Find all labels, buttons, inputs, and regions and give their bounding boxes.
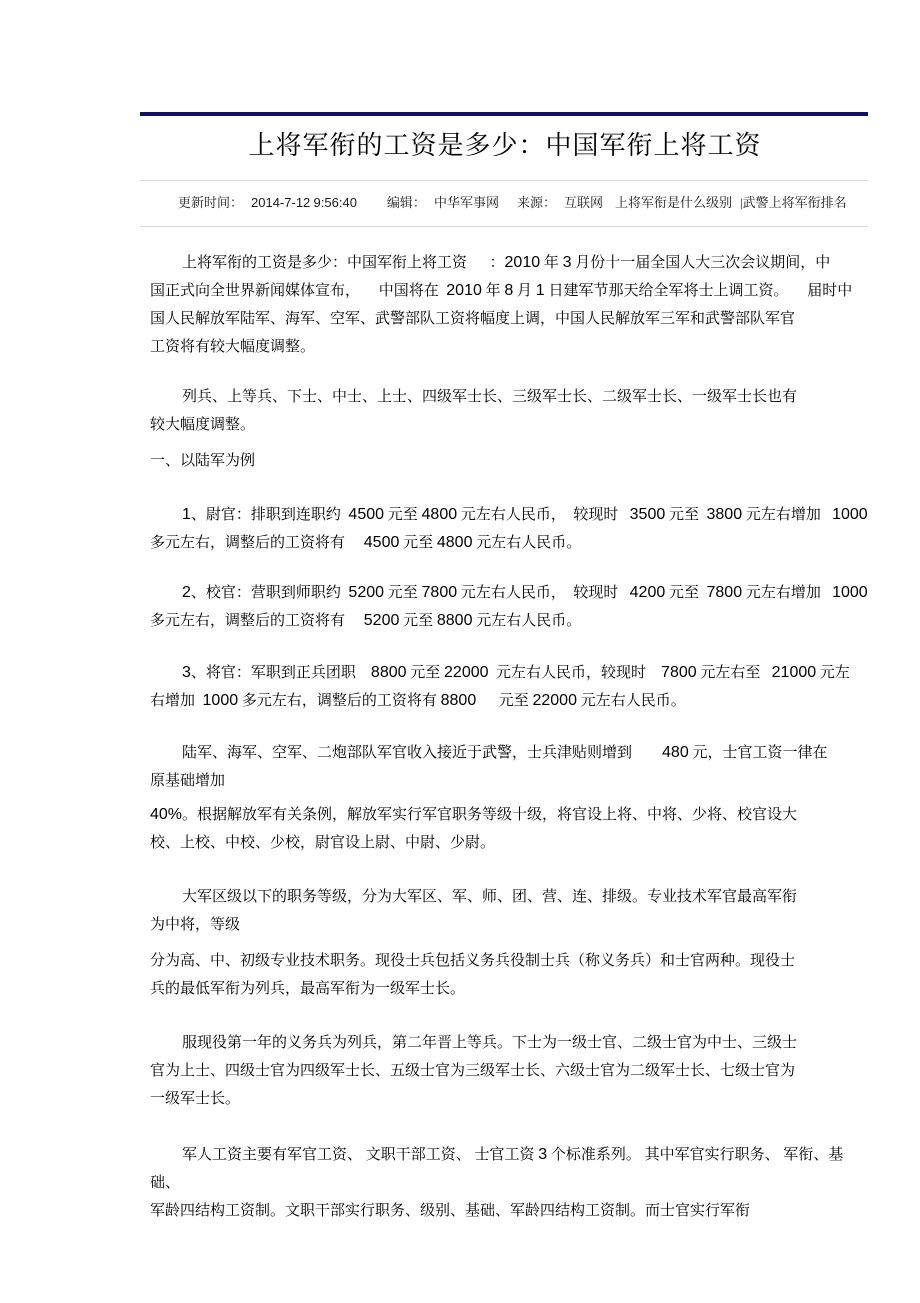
meta-update-label: 更新时间：: [178, 194, 243, 212]
body-line: 国人民解放军陆军、海军、空军、武警部队工资将幅度上调，中国人民解放军三军和武警部…: [150, 305, 868, 333]
body-line: 军人工资主要有军官工资、 文职干部工资、 士官工资 3 个标准系列。 其中军官实…: [150, 1141, 868, 1197]
body-line: 军龄四结构工资制。文职干部实行职务、级别、基础、军龄四结构工资制。而士官实行军衔: [150, 1197, 868, 1225]
paragraph: 1、尉官：排职到连职约 4500 元至 4800 元左右人民币， 较现时 350…: [150, 501, 868, 557]
paragraph: 上将军衔的工资是多少：中国军衔上将工资 ：2010 年 3 月份十一届全国人大三…: [150, 249, 868, 361]
body-line: 右增加 1000 多元左右，调整后的工资将有 8800 元至 22000 元左右…: [150, 687, 868, 715]
body-line: 多元左右，调整后的工资将有 4500 元至 4800 元左右人民币。: [150, 529, 868, 557]
body-line: 2、校官：营职到师职约 5200 元至 7800 元左右人民币， 较现时 420…: [150, 579, 868, 607]
section-heading: 一、以陆军为例: [150, 447, 868, 475]
paragraph: 军人工资主要有军官工资、 文职干部工资、 士官工资 3 个标准系列。 其中军官实…: [150, 1141, 868, 1225]
body-line: 校、上校、中校、少校，尉官设上尉、中尉、少尉。: [150, 829, 868, 857]
article-body: 上将军衔的工资是多少：中国军衔上将工资 ：2010 年 3 月份十一届全国人大三…: [140, 227, 868, 1225]
paragraph: 大军区级以下的职务等级，分为大军区、军、师、团、营、连、排级。专业技术军官最高军…: [150, 883, 868, 939]
body-line: 上将军衔的工资是多少：中国军衔上将工资 ：2010 年 3 月份十一届全国人大三…: [150, 249, 868, 277]
meta-source-value: 互联网: [564, 194, 603, 212]
body-line: 工资将有较大幅度调整。: [150, 333, 868, 361]
paragraph: 2、校官：营职到师职约 5200 元至 7800 元左右人民币， 较现时 420…: [150, 579, 868, 635]
body-line: 3、将官：军职到正兵团职 8800 元至 22000 元左右人民币，较现时 78…: [150, 659, 868, 687]
paragraph: 3、将官：军职到正兵团职 8800 元至 22000 元左右人民币，较现时 78…: [150, 659, 868, 715]
meta-tag-what-level: 上将军衔是什么级别: [615, 194, 732, 212]
body-line: 兵的最低军衔为列兵，最高军衔为一级军士长。: [150, 975, 868, 1003]
body-line: 官为上士、四级士官为四级军士长、五级士官为三级军士长、六级士官为二级军士长、七级…: [150, 1057, 868, 1085]
body-line: 一级军士长。: [150, 1085, 868, 1113]
page: 上将军衔的工资是多少：中国军衔上将工资 更新时间：2014-7-12 9:56:…: [0, 0, 920, 1303]
body-line: 40%。根据解放军有关条例，解放军实行军官职务等级十级，将官设上将、中将、少将、…: [150, 801, 868, 829]
meta-editor-value: 中华军事网: [434, 194, 499, 212]
meta-update-value: 2014-7-12 9:56:40: [251, 194, 357, 212]
top-accent-rule: [140, 112, 868, 116]
document: 上将军衔的工资是多少：中国军衔上将工资 更新时间：2014-7-12 9:56:…: [140, 0, 870, 1225]
meta-editor-label: 编辑：: [387, 194, 426, 212]
body-line: 一、以陆军为例: [150, 447, 868, 475]
body-line: 服现役第一年的义务兵为列兵，第二年晋上等兵。下士为一级士官、二级士官为中士、三级…: [150, 1029, 868, 1057]
body-line: 分为高、中、初级专业技术职务。现役士兵包括义务兵役制士兵（称义务兵）和士官两种。…: [150, 947, 868, 975]
body-line: 1、尉官：排职到连职约 4500 元至 4800 元左右人民币， 较现时 350…: [150, 501, 868, 529]
paragraph: 40%。根据解放军有关条例，解放军实行军官职务等级十级，将官设上将、中将、少将、…: [150, 801, 868, 857]
page-title: 上将军衔的工资是多少：中国军衔上将工资: [140, 129, 870, 163]
meta-source-label: 来源：: [517, 194, 556, 212]
meta-bar: 更新时间：2014-7-12 9:56:40编辑：中华军事网来源：互联网上将军衔…: [140, 181, 870, 212]
body-line: 为中将，等级: [150, 911, 868, 939]
body-line: 原基础增加: [150, 767, 868, 795]
body-line: 多元左右，调整后的工资将有 5200 元至 8800 元左右人民币。: [150, 607, 868, 635]
body-line: 大军区级以下的职务等级，分为大军区、军、师、团、营、连、排级。专业技术军官最高军…: [150, 883, 868, 911]
paragraph: 列兵、上等兵、下士、中士、上士、四级军士长、三级军士长、二级军士长、一级军士长也…: [150, 383, 868, 439]
body-line: 列兵、上等兵、下士、中士、上士、四级军士长、三级军士长、二级军士长、一级军士长也…: [150, 383, 868, 411]
body-line: 较大幅度调整。: [150, 411, 868, 439]
meta-tag-armed-police-ranking: |武警上将军衔排名: [740, 194, 847, 212]
paragraph: 分为高、中、初级专业技术职务。现役士兵包括义务兵役制士兵（称义务兵）和士官两种。…: [150, 947, 868, 1003]
body-line: 陆军、海军、空军、二炮部队军官收入接近于武警，士兵津贴则增到 480 元，士官工…: [150, 739, 868, 767]
body-line: 国正式向全世界新闻媒体宣布， 中国将在 2010 年 8 月 1 日建军节那天给…: [150, 277, 868, 305]
paragraph: 服现役第一年的义务兵为列兵，第二年晋上等兵。下士为一级士官、二级士官为中士、三级…: [150, 1029, 868, 1113]
paragraph: 陆军、海军、空军、二炮部队军官收入接近于武警，士兵津贴则增到 480 元，士官工…: [150, 739, 868, 795]
